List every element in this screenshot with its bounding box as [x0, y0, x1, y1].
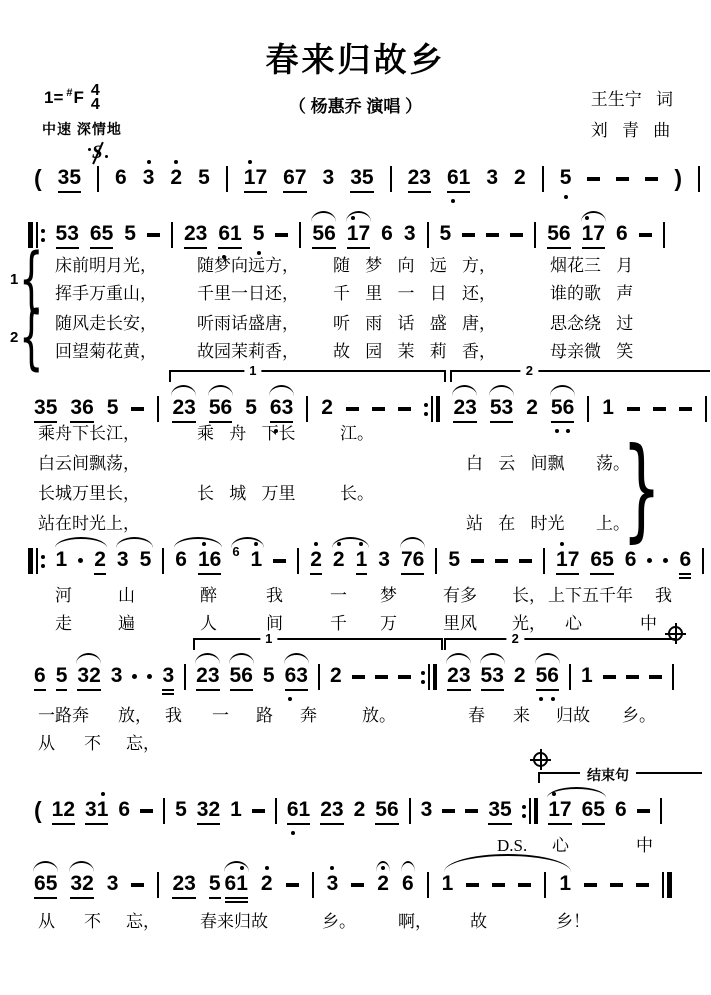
- note-digit: 5: [375, 798, 387, 822]
- lyric-segment: 上下五千年: [548, 586, 633, 606]
- lyric-segment: 谁的歌 声: [550, 284, 633, 304]
- lyric-segment: 乘舟下长江，: [38, 424, 140, 444]
- duration-dash: [626, 675, 639, 679]
- note-digit: 5: [263, 664, 275, 688]
- final-barline: [662, 872, 672, 898]
- volta-label: 2: [521, 363, 538, 378]
- tie-arc: [547, 787, 606, 798]
- note-digit: 2: [453, 396, 465, 420]
- note-digit: 2: [333, 548, 345, 572]
- note-digit: 6: [381, 222, 393, 246]
- note-token: 23: [184, 222, 207, 249]
- note-token: 3: [378, 548, 390, 572]
- note-digit: 2: [261, 872, 273, 896]
- note-digit: 3: [34, 396, 46, 420]
- lyric-segment: 春来归故: [200, 912, 268, 932]
- note-digit: 6: [447, 166, 459, 190]
- lyric-segment: 心: [565, 614, 582, 634]
- barline: [534, 222, 536, 248]
- note-token: 5: [440, 222, 452, 246]
- note-digit: 3: [332, 798, 344, 822]
- duration-dash: [462, 233, 475, 237]
- note-token: 5: [140, 548, 152, 572]
- note-digit: 5: [175, 798, 187, 822]
- volta-label: 1: [260, 631, 277, 646]
- duration-dash: [442, 809, 455, 813]
- note-digit: 3: [208, 664, 220, 688]
- note-digit: 2: [170, 166, 182, 190]
- note-token: 36: [70, 396, 93, 423]
- dots: [41, 555, 45, 568]
- note-token: 2: [333, 548, 345, 572]
- note-digit: 1: [299, 798, 311, 822]
- note-digit: 1: [251, 548, 263, 572]
- note-token: 32: [197, 798, 220, 825]
- note-token: 56: [536, 664, 559, 691]
- duration-dash: [627, 407, 640, 411]
- note-digit: 2: [354, 798, 366, 822]
- note-token: 76: [401, 548, 424, 575]
- volta-label: 1: [244, 363, 261, 378]
- note-token: 2: [330, 664, 342, 688]
- system-7: 6532323561232611从不忘，春来归故乡。啊，故乡！: [0, 854, 711, 946]
- note-digit: 3: [404, 222, 416, 246]
- lyric-segment: 从: [38, 912, 55, 932]
- note-digit: 6: [225, 872, 237, 896]
- note-digit: 6: [34, 872, 46, 896]
- note-digit: 1: [459, 166, 471, 190]
- note-digit: 3: [282, 396, 294, 420]
- note-token: 3: [323, 166, 335, 190]
- repeat-end: [421, 664, 438, 690]
- notes-row: 6532323561232611: [34, 872, 672, 899]
- i: [522, 805, 526, 809]
- note-digit: 1: [244, 166, 256, 190]
- note-token: 6: [625, 548, 637, 572]
- note-digit: 5: [500, 798, 512, 822]
- barline: [306, 396, 308, 422]
- volta-bracket-2: 2: [450, 370, 710, 382]
- note-token: 63: [270, 396, 293, 423]
- i: [424, 412, 428, 416]
- lyric-segment: 从: [38, 734, 55, 754]
- credits: 王生宁 词 刘 青 曲: [591, 84, 673, 146]
- note-digit: 5: [124, 222, 136, 246]
- barline: [672, 664, 674, 690]
- thin: [428, 664, 430, 690]
- note-digit: 2: [89, 664, 101, 688]
- lyric-segment: 听 雨 话 盛 唐，: [333, 314, 496, 334]
- barline: [97, 166, 99, 192]
- note-token: 56: [547, 222, 570, 249]
- dots: [421, 671, 425, 684]
- song-title: 春来归故乡: [0, 34, 711, 81]
- duration-dash: [492, 883, 505, 887]
- thick: [534, 798, 539, 824]
- note-digit: 6: [413, 548, 425, 572]
- note-digit: 5: [209, 872, 221, 896]
- note-token: 16: [198, 548, 221, 575]
- note-digit: 5: [46, 872, 58, 896]
- lyric-segment: 床前明月光，: [55, 256, 157, 276]
- note-digit: 7: [593, 222, 605, 246]
- lyric-segment: 白云间飘荡，: [38, 454, 140, 474]
- note-token: 3: [327, 872, 339, 896]
- i: [41, 555, 45, 559]
- note-token: 56: [230, 664, 253, 691]
- note-digit: 3: [67, 222, 79, 246]
- duration-dash: [398, 675, 411, 679]
- lyric-segment: 放，: [118, 706, 152, 726]
- lyric-segment: 醉: [200, 586, 217, 606]
- duration-dash: [653, 407, 666, 411]
- note-digit: 3: [327, 872, 339, 896]
- barline: [157, 396, 159, 422]
- tie-arc: [69, 861, 94, 872]
- note-digit: 2: [330, 664, 342, 688]
- note-digit: 2: [172, 396, 184, 420]
- note-digit: 2: [310, 548, 322, 572]
- note-token: 2: [94, 548, 106, 575]
- note-token: 35: [34, 396, 57, 423]
- lyric-segment: 故: [470, 912, 487, 932]
- lyric-segment: 母亲微 笑: [550, 342, 633, 362]
- lyric-segment: 忘，: [126, 912, 160, 932]
- tempo-marking: 中速 深情地: [42, 119, 122, 139]
- lyric-segment: 山: [118, 586, 135, 606]
- tie-arc: [195, 653, 220, 664]
- paren: (: [34, 798, 42, 823]
- duration-dash: [603, 675, 616, 679]
- system-3: 35365235656322353256112}乘舟下长江，乘 舟 下长江。白云…: [0, 370, 711, 538]
- note-digit: 7: [295, 166, 307, 190]
- lyric-segment: 千: [330, 614, 347, 634]
- note-digit: 1: [442, 872, 454, 896]
- lyric-segment: 万: [380, 614, 397, 634]
- duration-dash: [584, 883, 597, 887]
- repeat-end: [522, 798, 539, 824]
- note-digit: 6: [563, 396, 575, 420]
- tie-arc: [311, 211, 336, 222]
- note-digit: 6: [387, 798, 399, 822]
- tie-arc: [174, 537, 222, 548]
- note-digit: 2: [514, 166, 526, 190]
- note-digit: 3: [117, 548, 129, 572]
- volta-bracket-1: 1: [169, 370, 446, 382]
- duration-dash: [286, 883, 299, 887]
- note-digit: 6: [616, 222, 628, 246]
- barline: [163, 798, 165, 824]
- tie-arc: [480, 653, 505, 664]
- note-token: 17: [347, 222, 370, 249]
- barline: [171, 222, 173, 248]
- note-token: 32: [77, 664, 100, 691]
- note-token: 5: [253, 222, 265, 246]
- d2: [105, 155, 108, 158]
- duration-dash: [252, 809, 265, 813]
- tie-arc: [116, 537, 153, 548]
- note-digit: 6: [285, 664, 297, 688]
- note-token: 56: [312, 222, 335, 249]
- lyric-segment: 千 里 一 日 还，: [333, 284, 496, 304]
- lyric-segment: 听雨话盛唐，: [197, 314, 299, 334]
- note-digit: 2: [408, 166, 420, 190]
- note-digit: 2: [196, 664, 208, 688]
- duration-dash: [518, 883, 531, 887]
- note-digit: 5: [198, 166, 210, 190]
- note-digit: 5: [560, 166, 572, 190]
- lyric-segment: 随梦向远方，: [197, 256, 299, 276]
- duration-dash: [372, 407, 385, 411]
- dots: [424, 403, 428, 416]
- duration-dash: [465, 809, 478, 813]
- note-digit: 3: [70, 872, 82, 896]
- note-token: 35: [488, 798, 511, 825]
- note-digit: 1: [198, 548, 210, 572]
- lyric-segment: 人: [200, 614, 217, 634]
- note-digit: 6: [402, 872, 414, 896]
- duration-dash: [486, 233, 499, 237]
- lyric-segment: 千里一日还，: [197, 284, 299, 304]
- segno-icon: S: [90, 142, 106, 164]
- tie-arc: [489, 385, 514, 396]
- duration-dash: [346, 407, 359, 411]
- note-digit: 5: [362, 166, 374, 190]
- thin: [662, 872, 664, 898]
- note-token: 53: [481, 664, 504, 691]
- duration-dash: [519, 559, 532, 563]
- note-digit: 3: [465, 396, 477, 420]
- lyric-segment: 一: [212, 706, 229, 726]
- notes-row: 5365523615561763556176: [28, 222, 665, 249]
- barline: [544, 872, 546, 898]
- note-digit: 1: [230, 798, 242, 822]
- note-digit: 6: [625, 548, 637, 572]
- note-token: 53: [490, 396, 513, 423]
- notes-row: 353652356563223532561: [34, 396, 707, 423]
- lyric-segment: 遍: [118, 614, 135, 634]
- duration-dot: [663, 558, 668, 563]
- note-digit: 1: [556, 548, 568, 572]
- tie-arc: [55, 537, 107, 548]
- note-digit: 5: [490, 396, 502, 420]
- duration-dash: [637, 809, 650, 813]
- note-digit: 1: [347, 222, 359, 246]
- note-digit: 3: [419, 166, 431, 190]
- note-digit: 5: [602, 548, 614, 572]
- duration-dash: [398, 407, 411, 411]
- lyric-segment: 中: [640, 614, 657, 634]
- lyric-segment: 河: [55, 586, 72, 606]
- duration-dash: [639, 233, 652, 237]
- note-digit: 6: [590, 548, 602, 572]
- note-token: 3: [486, 166, 498, 190]
- note-digit: 7: [358, 222, 370, 246]
- note-token: 1: [56, 548, 68, 572]
- note-token: 6: [381, 222, 393, 246]
- note-digit: 7: [401, 548, 413, 572]
- lyric-segment: 不: [84, 912, 101, 932]
- barline: [587, 396, 589, 422]
- lyric-segment: 心: [552, 836, 569, 856]
- note-digit: 6: [615, 798, 627, 822]
- note-digit: 3: [421, 798, 433, 822]
- tie-arc: [269, 385, 294, 396]
- lyric-segment: 长，: [512, 586, 546, 606]
- note-digit: 6: [118, 798, 130, 822]
- note-digit: 1: [581, 664, 593, 688]
- note-token: 23: [453, 396, 476, 423]
- lyric-segment: 荡。: [596, 454, 630, 474]
- tie-arc: [284, 653, 309, 664]
- paren: ): [674, 166, 682, 191]
- i: [522, 814, 526, 818]
- note-digit: 3: [459, 664, 471, 688]
- note-digit: 6: [547, 664, 559, 688]
- note-token: 65: [90, 222, 113, 249]
- note-token: 65: [590, 548, 613, 575]
- duration-dash: [636, 883, 649, 887]
- note-token: 35: [58, 166, 81, 193]
- note-token: 5: [107, 396, 119, 420]
- note-token: 1: [230, 798, 242, 822]
- lyric-segment: 一路奔: [38, 706, 89, 726]
- note-token: 5: [245, 396, 257, 420]
- tie-arc: [332, 537, 369, 548]
- note-token: 6: [402, 872, 414, 896]
- duration-dash: [352, 675, 365, 679]
- duration-dash: [375, 675, 388, 679]
- note-token: 23: [408, 166, 431, 193]
- note-token: 23: [172, 872, 195, 899]
- note-digit: 5: [107, 396, 119, 420]
- tie-arc: [401, 861, 415, 872]
- lyric-segment: 回望菊花黄，: [55, 342, 157, 362]
- note-token: 3: [421, 798, 433, 822]
- d1: [88, 148, 91, 151]
- note-digit: 2: [63, 798, 75, 822]
- notes-row: 1235616612213765176566: [28, 548, 704, 575]
- notes-row: 6532332356563223532561: [34, 664, 674, 691]
- barline: [184, 664, 186, 690]
- barline: [705, 396, 707, 422]
- note-digit: 2: [526, 396, 538, 420]
- notes-row: (35632517673352361325): [34, 166, 700, 193]
- lyric-segment: 乡。: [322, 912, 356, 932]
- thick: [667, 872, 672, 898]
- note-digit: 6: [582, 798, 594, 822]
- barline: [702, 548, 704, 574]
- i: [424, 403, 428, 407]
- note-token: 56: [209, 396, 232, 423]
- barline: [435, 548, 437, 574]
- note-token: 63: [285, 664, 308, 691]
- note-digit: 1: [548, 798, 560, 822]
- note-digit: 6: [82, 396, 94, 420]
- lyric-segment: 挥手万重山，: [55, 284, 157, 304]
- note-token: 65: [34, 872, 57, 899]
- duration-dash: [273, 559, 286, 563]
- note-token: 23: [196, 664, 219, 691]
- note-digit: 1: [230, 222, 242, 246]
- note-digit: 1: [356, 548, 368, 572]
- note-token: 56: [375, 798, 398, 825]
- note-token: 56: [551, 396, 574, 423]
- note-digit: 6: [324, 222, 336, 246]
- lyric-segment: 走: [55, 614, 72, 634]
- note-token: 31: [85, 798, 108, 825]
- note-token: 6: [616, 222, 628, 246]
- system-4: 1235616612213765176566河山醉我一梦有多长，上下五千年我走遍…: [0, 538, 711, 638]
- barline: [427, 872, 429, 898]
- tie-arc: [376, 861, 390, 872]
- thick: [28, 548, 33, 574]
- note-token: 2: [514, 166, 526, 190]
- note-digit: 5: [448, 548, 460, 572]
- note-digit: 3: [143, 166, 155, 190]
- lyric-segment: 来: [513, 706, 530, 726]
- note-digit: 3: [323, 166, 335, 190]
- lyric-segment: 中: [636, 836, 653, 856]
- note-digit: 5: [547, 222, 559, 246]
- tie-arc: [550, 385, 575, 396]
- note-digit: 5: [551, 396, 563, 420]
- lyric-segment: 忘，: [126, 734, 160, 754]
- note-digit: 5: [46, 396, 58, 420]
- header: 春来归故乡 1=#F 4 4 中速 深情地 （ 杨惠乔 演唱 ） 王生宁 词 刘…: [0, 0, 711, 148]
- note-digit: 5: [102, 222, 114, 246]
- barline: [427, 222, 429, 248]
- note-token: 6: [115, 166, 127, 190]
- barline: [569, 664, 571, 690]
- note-digit: 6: [221, 396, 233, 420]
- note-token: 1: [581, 664, 593, 688]
- sheet-music-page: 春来归故乡 1=#F 4 4 中速 深情地 （ 杨惠乔 演唱 ） 王生宁 词 刘…: [0, 0, 711, 995]
- note-token: 65: [582, 798, 605, 825]
- note-digit: 5: [593, 798, 605, 822]
- note-token: 67: [283, 166, 306, 193]
- note-digit: 3: [486, 166, 498, 190]
- lyric-segment: 故 园 茉 莉 香，: [333, 342, 496, 362]
- paren: (: [34, 166, 42, 191]
- thin: [529, 798, 531, 824]
- note-token: 61: [225, 872, 248, 899]
- note-digit: 6: [559, 222, 571, 246]
- verse-number: 2: [10, 329, 18, 346]
- tie-arc: [446, 653, 471, 664]
- duration-dash: [275, 233, 288, 237]
- thick: [436, 396, 441, 422]
- note-digit: 5: [245, 396, 257, 420]
- tie-arc: [346, 211, 371, 222]
- dots: [522, 805, 526, 818]
- note-digit: 5: [440, 222, 452, 246]
- note-digit: 3: [184, 872, 196, 896]
- note-token: 12: [52, 798, 75, 825]
- note-token: 3: [143, 166, 155, 190]
- note-digit: 2: [208, 798, 220, 822]
- lyric-segment: 故园茉莉香，: [197, 342, 299, 362]
- note-digit: 3: [58, 166, 70, 190]
- note-digit: 3: [85, 798, 97, 822]
- note-token: 5: [198, 166, 210, 190]
- note-digit: 3: [197, 798, 209, 822]
- tie-arc: [535, 653, 560, 664]
- lyric-segment: 有多: [443, 586, 477, 606]
- repeat-end: [424, 396, 441, 422]
- note-token: 5: [209, 872, 221, 899]
- note-token: 5: [175, 798, 187, 822]
